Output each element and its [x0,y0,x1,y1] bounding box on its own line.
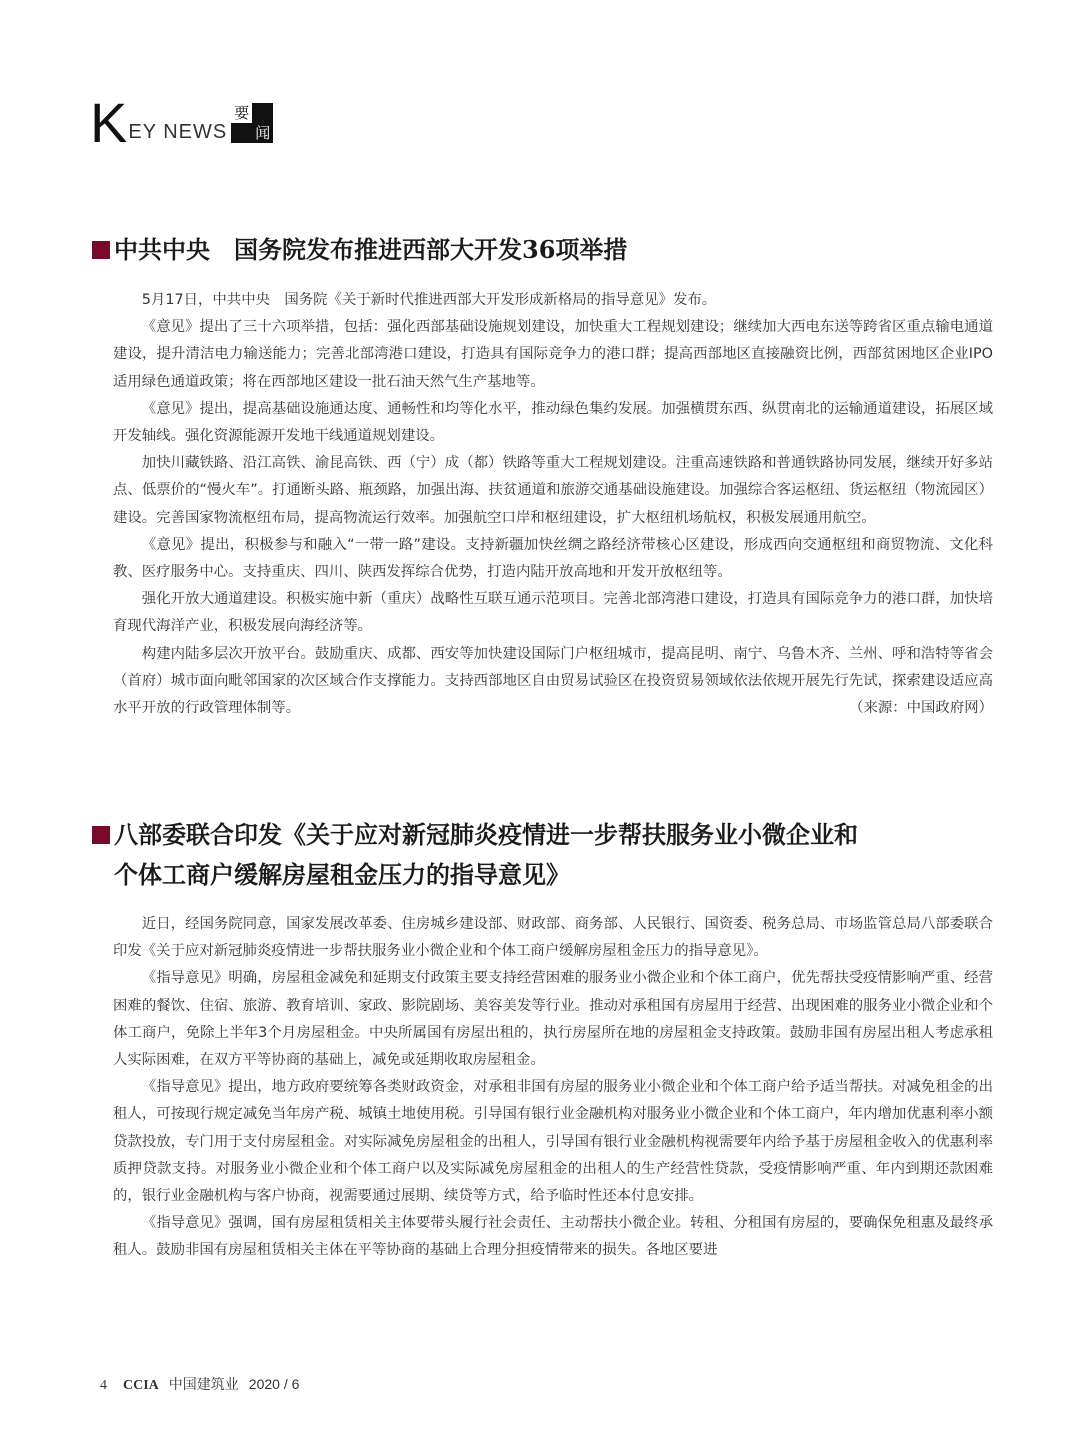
headline-square-icon [92,241,110,259]
paragraph: 《意见》提出，提高基础设施通达度、通畅性和均等化水平，推动绿色集约发展。加强横贯… [113,396,993,450]
article-2-title-line1: 八部委联合印发《关于应对新冠肺炎疫情进一步帮扶服务业小微企业和 [114,815,858,855]
article-1-headline: 中共中央 国务院发布推进西部大开发36项举措 [92,230,627,270]
paragraph: 5月17日，中共中央 国务院《关于新时代推进西部大开发形成新格局的指导意见》发布… [113,287,993,314]
masthead-title: EY NEWS [128,121,227,144]
article-2-body: 近日，经国务院同意，国家发展改革委、住房城乡建设部、财政部、商务部、人民银行、国… [113,911,993,1265]
footer-brand: CCIA [123,1378,159,1394]
masthead-badge-char: 要 [231,103,252,123]
paragraph-last: 构建内陆多层次开放平台。鼓励重庆、成都、西安等加快建设国际门户枢纽城市，提高昆明… [113,641,993,723]
footer-magazine: 中国建筑业 [169,1374,239,1394]
article-1-title: 中共中央 国务院发布推进西部大开发36项举措 [114,230,627,270]
masthead-badge: 要 闻 [231,103,273,143]
article-2-title-line2: 个体工商户缓解房屋租金压力的指导意见》 [114,855,858,895]
headline-square-icon [92,826,110,844]
page-footer: 4 CCIA 中国建筑业 2020 / 6 [100,1374,299,1394]
paragraph: 《指导意见》提出，地方政府要统筹各类财政资金，对承租非国有房屋的服务业小微企业和… [113,1074,993,1210]
paragraph: 近日，经国务院同意，国家发展改革委、住房城乡建设部、财政部、商务部、人民银行、国… [113,911,993,965]
paragraph: 强化开放大通道建设。积极实施中新（重庆）战略性互联互通示范项目。完善北部湾港口建… [113,586,993,640]
masthead-badge-block [231,123,252,143]
article-2-headline: 八部委联合印发《关于应对新冠肺炎疫情进一步帮扶服务业小微企业和 个体工商户缓解房… [92,815,912,895]
paragraph: 加快川藏铁路、沿江高铁、渝昆高铁、西（宁）成（都）铁路等重大工程规划建设。注重高… [113,450,993,532]
paragraph: 《指导意见》明确，房屋租金减免和延期支付政策主要支持经营困难的服务业小微企业和个… [113,965,993,1074]
paragraph: 《意见》提出了三十六项举措，包括：强化西部基础设施规划建设，加快重大工程规划建设… [113,314,993,396]
paragraph: 《意见》提出，积极参与和融入“一带一路”建设。支持新疆加快丝绸之路经济带核心区建… [113,532,993,586]
masthead-badge-char: 闻 [252,123,273,143]
article-1-body: 5月17日，中共中央 国务院《关于新时代推进西部大开发形成新格局的指导意见》发布… [113,287,993,722]
source-credit: （来源：中国政府网） [849,695,993,722]
paragraph: 《指导意见》强调，国有房屋租赁相关主体要带头履行社会责任、主动帮扶小微企业。转租… [113,1210,993,1264]
masthead-badge-block [252,103,273,123]
page-number: 4 [100,1378,107,1394]
masthead: K EY NEWS 要 闻 [90,100,273,145]
masthead-big-letter: K [90,101,127,145]
footer-issue: 2020 / 6 [249,1376,300,1392]
